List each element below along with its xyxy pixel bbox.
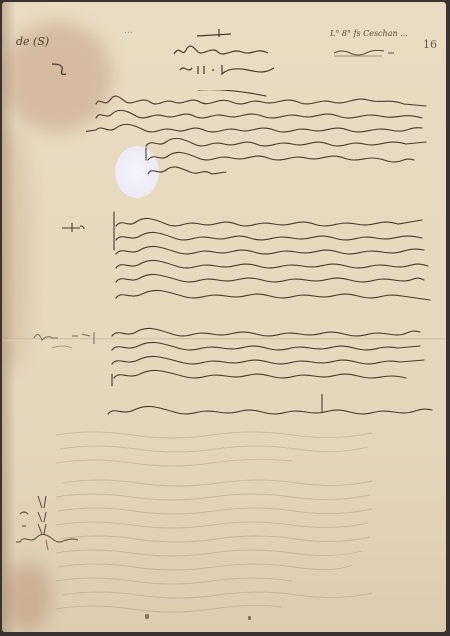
heading-line-1: [172, 44, 272, 61]
water-stain-bottom-left: [2, 562, 52, 632]
ink-blot: [248, 616, 251, 620]
paragraph-2: [106, 210, 446, 320]
ink-blot: [145, 614, 149, 619]
paragraph-3-margin-mark: [32, 326, 102, 354]
heading-line-2: [178, 62, 278, 79]
top-right-note-line2: [332, 42, 402, 61]
top-left-flourish: [50, 60, 70, 82]
bottom-left-margin-notes: [10, 494, 90, 558]
manuscript-page: de (S) ... L° 8° fs Ceschan ... 16: [2, 2, 446, 632]
bleed-through-text: [52, 427, 392, 617]
paragraph-2-margin-mark: [60, 220, 86, 234]
paragraph-4: [102, 394, 442, 424]
top-right-note: L° 8° fs Ceschan ...: [330, 29, 408, 38]
paragraph-3: [106, 324, 446, 404]
water-stain-left: [2, 122, 32, 372]
top-center-cross: [195, 24, 235, 43]
folio-number: 16: [423, 38, 437, 51]
top-left-margin-note: de (S): [16, 35, 49, 48]
top-right-note-text: L° 8° fs Ceschan ...: [330, 29, 408, 38]
top-faint-note: ...: [124, 26, 133, 36]
paragraph-1: [86, 90, 446, 200]
top-left-margin-text: de (S): [16, 35, 49, 48]
